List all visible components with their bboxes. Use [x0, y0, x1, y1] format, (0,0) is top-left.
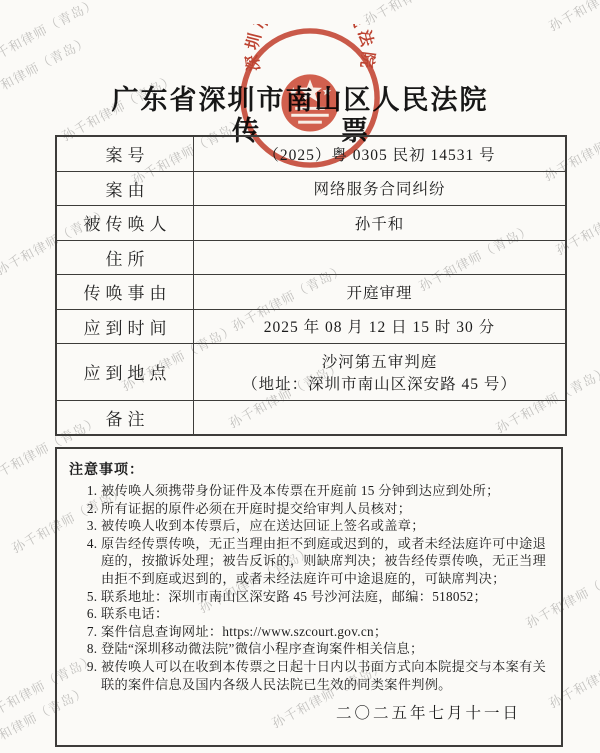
row-label: 被传唤人 — [57, 206, 194, 240]
row-value: （2025）粤 0305 民初 14531 号 — [194, 137, 565, 171]
table-row-remarks: 备注 — [57, 401, 565, 435]
watermark-text: 孙千和律师（青岛） — [0, 0, 100, 69]
table-row-arrival-place: 应到地点 沙河第五审判庭 （地址：深圳市南山区深安路 45 号） — [57, 344, 565, 401]
notes-heading: 注意事项： — [69, 459, 561, 479]
courtroom-name: 沙河第五审判庭 — [322, 350, 438, 372]
row-value: 网络服务合同纠纷 — [194, 172, 565, 206]
table-row-summons-reason: 传唤事由 开庭审理 — [57, 275, 565, 310]
row-label: 案由 — [57, 172, 194, 206]
row-value: 2025 年 08 月 12 日 15 时 30 分 — [194, 310, 565, 344]
note-item: 联系电话： — [101, 605, 561, 623]
row-label: 应到时间 — [57, 310, 194, 344]
notes-section: 注意事项： 被传唤人须携带身份证件及本传票在开庭前 15 分钟到达应到处所； 所… — [55, 447, 563, 747]
note-item: 案件信息查询网址：https://www.szcourt.gov.cn； — [101, 623, 561, 641]
table-row-cause: 案由 网络服务合同纠纷 — [57, 172, 565, 207]
note-item: 被传唤人须携带身份证件及本传票在开庭前 15 分钟到达应到处所； — [101, 482, 561, 500]
note-item: 被传唤人可以在收到本传票之日起十日内以书面方式向本院提交与本案有关联的案件信息及… — [101, 658, 561, 693]
row-value — [194, 241, 565, 275]
row-label: 应到地点 — [57, 344, 194, 400]
note-item: 所有证据的原件必须在开庭时提交给审判人员核对； — [101, 500, 561, 518]
summons-document-page: 孙千和律师（青岛） 孙千和律师（青岛） 孙千和律师（青岛） 孙千和律师（青岛） … — [0, 0, 600, 753]
cause-of-action: 网络服务合同纠纷 — [313, 177, 445, 199]
row-label: 住所 — [57, 241, 194, 275]
table-row-residence: 住所 — [57, 241, 565, 276]
note-item: 原告经传票传唤，无正当理由拒不到庭或迟到的，或者未经法庭许可中途退庭的，按撤诉处… — [101, 535, 561, 588]
row-value — [194, 401, 565, 435]
row-value: 孙千和 — [194, 206, 565, 240]
case-number: （2025）粤 0305 民初 14531 号 — [263, 143, 495, 165]
watermark-text: 孙千和律师（青岛） — [545, 0, 600, 35]
row-label: 案号 — [57, 137, 194, 171]
note-item: 登陆“深圳移动微法院”微信小程序查询案件相关信息； — [101, 640, 561, 658]
issue-date: 二〇二五年七月十一日 — [336, 701, 521, 723]
note-item: 联系地址：深圳市南山区深安路 45 号沙河法庭，邮编：518052； — [101, 588, 561, 606]
arrival-time: 2025 年 08 月 12 日 15 时 30 分 — [264, 315, 495, 337]
summons-reason: 开庭审理 — [346, 281, 412, 303]
courtroom-address: （地址：深圳市南山区深安路 45 号） — [242, 372, 517, 394]
notes-list: 被传唤人须携带身份证件及本传票在开庭前 15 分钟到达应到处所； 所有证据的原件… — [57, 482, 561, 693]
table-row-arrival-time: 应到时间 2025 年 08 月 12 日 15 时 30 分 — [57, 310, 565, 345]
row-value: 沙河第五审判庭 （地址：深圳市南山区深安路 45 号） — [194, 344, 565, 400]
row-value: 开庭审理 — [194, 275, 565, 309]
summons-table: 案号 （2025）粤 0305 民初 14531 号 案由 网络服务合同纠纷 被… — [55, 135, 567, 436]
national-emblem-icon — [281, 74, 338, 131]
summoned-person-name: 孙千和 — [355, 212, 405, 234]
row-label: 备注 — [57, 401, 194, 435]
note-item: 被传唤人收到本传票后，应在送达回证上签名或盖章； — [101, 517, 561, 535]
table-row-case-number: 案号 （2025）粤 0305 民初 14531 号 — [57, 137, 565, 172]
row-label: 传唤事由 — [57, 275, 194, 309]
table-row-summoned-person: 被传唤人 孙千和 — [57, 206, 565, 241]
